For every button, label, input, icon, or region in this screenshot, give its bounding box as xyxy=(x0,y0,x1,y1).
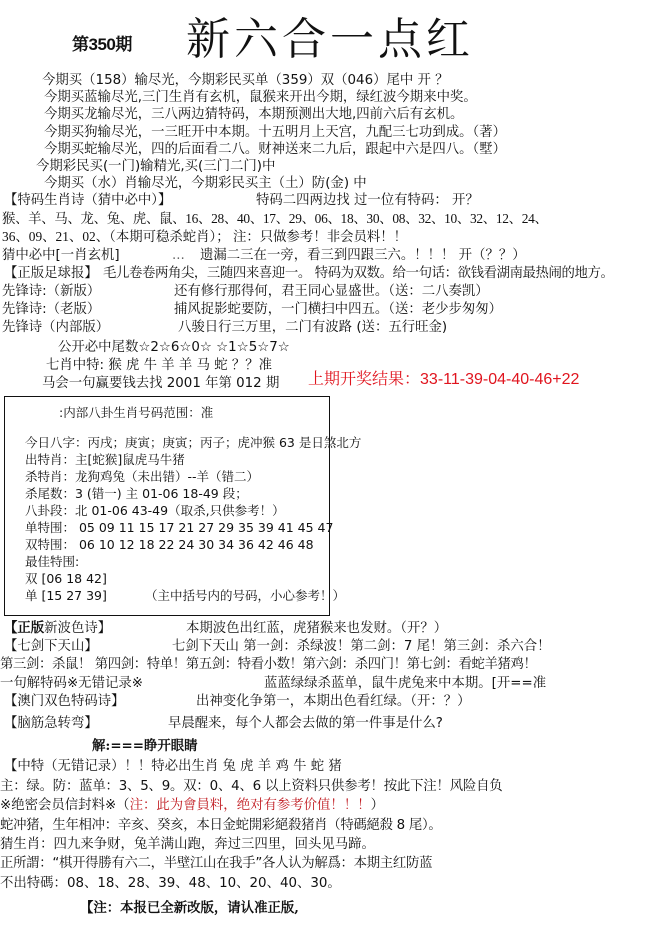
zhongte: 【中特（无错记录）！！特必出生肖 兔 虎 羊 鸡 牛 蛇 猪 xyxy=(4,760,342,773)
football-text: 毛儿卷卷两角尖，三随四来喜迎一。 特码为双数。给一句话：欲钱看湖南最热闹的地方。 xyxy=(103,267,614,280)
riddle-label: 【脑筋急转弯】 xyxy=(4,717,98,730)
wave-poem-label-bold: 【正版 xyxy=(4,621,44,636)
intro-line: 今期买蓝输尽光,三门生肖有玄机，鼠猴来开出今期，绿红波今期来中奖。 xyxy=(44,91,477,104)
guess-text: 遗漏二三在一旁，看三到四跟三六。！！！ 开（？？） xyxy=(200,249,526,262)
wave-poem-text: 本期波色出红蓝，虎猪猴来也发财。（开？） xyxy=(186,622,447,635)
box-title: :内部八卦生肖号码范围：准 xyxy=(59,407,213,420)
last-result: 上期开奖结果：33-11-39-04-40-46+22 xyxy=(308,372,579,388)
riddle-answer: 解:===睁开眼睛 xyxy=(92,740,198,753)
zodiac-list: 36、09、21、02、（本期可稳杀蛇肖）； 注：只做参考！非会员料！！ xyxy=(2,230,407,243)
tail-numbers: 公开必中尾数☆2☆6☆0☆ ☆1☆5☆7☆ xyxy=(58,341,290,354)
box-row: 单特围： 05 09 11 15 17 21 27 29 35 39 41 45… xyxy=(25,522,333,535)
box-row: 单 [15 27 39] xyxy=(25,590,107,603)
pioneer-text: 还有修行那得何，君王同心显盛世。（送：二八奏凯） xyxy=(174,285,489,298)
pioneer-text: 捕风捉影蛇要防，一门横扫中四五。（送：老少步匆匆） xyxy=(174,303,502,316)
macau-poem-label: 【澳门双色特码诗】 xyxy=(4,695,125,708)
seven-swords-line: 七剑下天山 第一剑：杀绿波！第二剑：7 尾！第三剑：杀六合！ xyxy=(172,640,551,653)
zodiac-poem-label: 【特码生肖诗（猜中必中）】 xyxy=(4,194,171,207)
wave-poem-label: 【正版新波色诗】 xyxy=(4,622,111,635)
guess-label: 猜中必中[一肖玄机] xyxy=(2,249,120,262)
box-row: 双特围： 06 10 12 18 22 24 30 34 36 42 46 48 xyxy=(25,539,314,552)
footer-note: 【注：本报已全新改版，请认准正版, xyxy=(80,902,299,915)
issue-number: 第350期 xyxy=(72,36,132,53)
pioneer-label: 先锋诗:（老版） xyxy=(2,303,100,316)
not-out-numbers: 不出特碼：08、18、28、39、48、10、20、40、30。 xyxy=(0,877,341,890)
box-row: 出特肖：主[蛇猴]鼠虎马牛猪 xyxy=(25,454,185,467)
saying: 正所謂：“棋开得勝有六二，半壁江山在我手”各人认为解爲：本期主红防蓝 xyxy=(0,857,432,870)
page-title: 新六合一点红 xyxy=(186,18,474,62)
box-note: （主中括号内的号码，小心参考！） xyxy=(145,590,345,603)
last-result-label: 上期开奖结果： xyxy=(308,371,420,388)
secret-label: ※绝密会员信封料※（ xyxy=(0,798,130,813)
main-guard: 主：绿。防：蓝单：3、5、9。双：0、4、6 以上资料只供参考！按此下注！风险自… xyxy=(0,780,502,793)
guess-dots: ... xyxy=(172,249,185,262)
football-label: 【正版足球报】 xyxy=(4,267,98,280)
seven-zodiac: 七肖中特: 猴 虎 牛 羊 羊 马 蛇 ？？准 xyxy=(46,359,272,372)
snake-line: 蛇冲猪，生年相冲：辛亥、癸亥，本日金蛇開彩絕殺猪肖（特碼絕殺 8 尾）。 xyxy=(0,819,441,832)
seven-swords-label: 【七剑下天山】 xyxy=(4,640,98,653)
box-row: 今日八字：丙戌；庚寅；庚寅；丙子；虎冲猴 63 是日煞北方 xyxy=(25,437,361,450)
pioneer-label: 先锋诗:（新版） xyxy=(2,285,100,298)
intro-line: 今期买（水）肖输尽光，今期彩民买主（土）防(金) 中 xyxy=(44,177,367,190)
macau-poem-text: 出神变化争第一，本期出色看红绿。（开：？） xyxy=(196,695,471,708)
box-row: 杀尾数：3 (错一) 主 01-06 18-49 段； xyxy=(25,488,248,501)
intro-line: 今期买狗输尽光，一三旺开中本期。十五明月上天宫，九配三七功到成。（著） xyxy=(44,126,506,139)
secret-note: 注：此为會員料，绝对有参考价值！！！ xyxy=(130,798,371,813)
pioneer-label: 先锋诗（内部版） xyxy=(2,321,109,334)
horse-club: 马会一句赢要钱去找 2001 年第 012 期 xyxy=(42,377,279,390)
last-result-numbers: 33-11-39-04-40-46+22 xyxy=(420,371,579,388)
seven-swords-line: 第三剑：杀鼠！ 第四剑：特单！第五剑：特看小数！第六剑：杀四门！第七剑：看蛇羊猪… xyxy=(0,658,536,671)
box-row: 杀特肖：龙狗鸡兔（未出错）--羊（错二） xyxy=(25,471,259,484)
bagua-box: :内部八卦生肖号码范围：准 今日八字：丙戌；庚寅；庚寅；丙子；虎冲猴 63 是日… xyxy=(4,396,330,616)
one-sentence-text: 蓝蓝绿绿杀蓝单，鼠牛虎兔来中本期。[开==准 xyxy=(264,677,546,690)
pioneer-text: 八骏日行三万里，二门有波路 (送：五行旺金) xyxy=(178,321,447,334)
box-row: 最佳特围: xyxy=(25,556,79,569)
secret-line: ※绝密会员信封料※（注：此为會員料，绝对有参考价值！！！） xyxy=(0,799,384,812)
one-sentence-label: 一句解特码※无错记录※ xyxy=(0,677,143,690)
guess-zodiac: 猜生肖：四九来争财，兔羊满山跑，奔过三四里，回头见马蹄。 xyxy=(0,838,375,851)
intro-line: 今期买（158）输尽光，今期彩民买单（359）双（046）尾中 开 ？ xyxy=(42,74,449,87)
zodiac-poem-text: 特码二四两边找 过一位有特码： 开？ xyxy=(256,194,479,207)
wave-poem-label-rest: 新波色诗】 xyxy=(44,621,111,636)
secret-close: ） xyxy=(371,798,384,813)
riddle-text: 早晨醒来，每个人都会去做的第一件事是什么? xyxy=(168,717,443,730)
intro-line: 今期买龙输尽光，三八两边猜特码，本期预测出大地,四前六后有玄机。 xyxy=(44,108,463,121)
box-row: 八卦段：北 01-06 43-49（取杀,只供参考！） xyxy=(25,505,285,518)
zodiac-list: 猴、羊、马、龙、兔、虎、鼠、16、28、40、17、29、06、18、30、08… xyxy=(2,212,548,225)
intro-line: 今期买蛇输尽光，四的后面看二八。财神送来二九后，跟起中六是四八。（墅） xyxy=(44,143,506,156)
box-row: 双 [06 18 42] xyxy=(25,573,107,586)
intro-line: 今期彩民买(一门)输精光,买(三门二门)中 xyxy=(36,160,275,173)
